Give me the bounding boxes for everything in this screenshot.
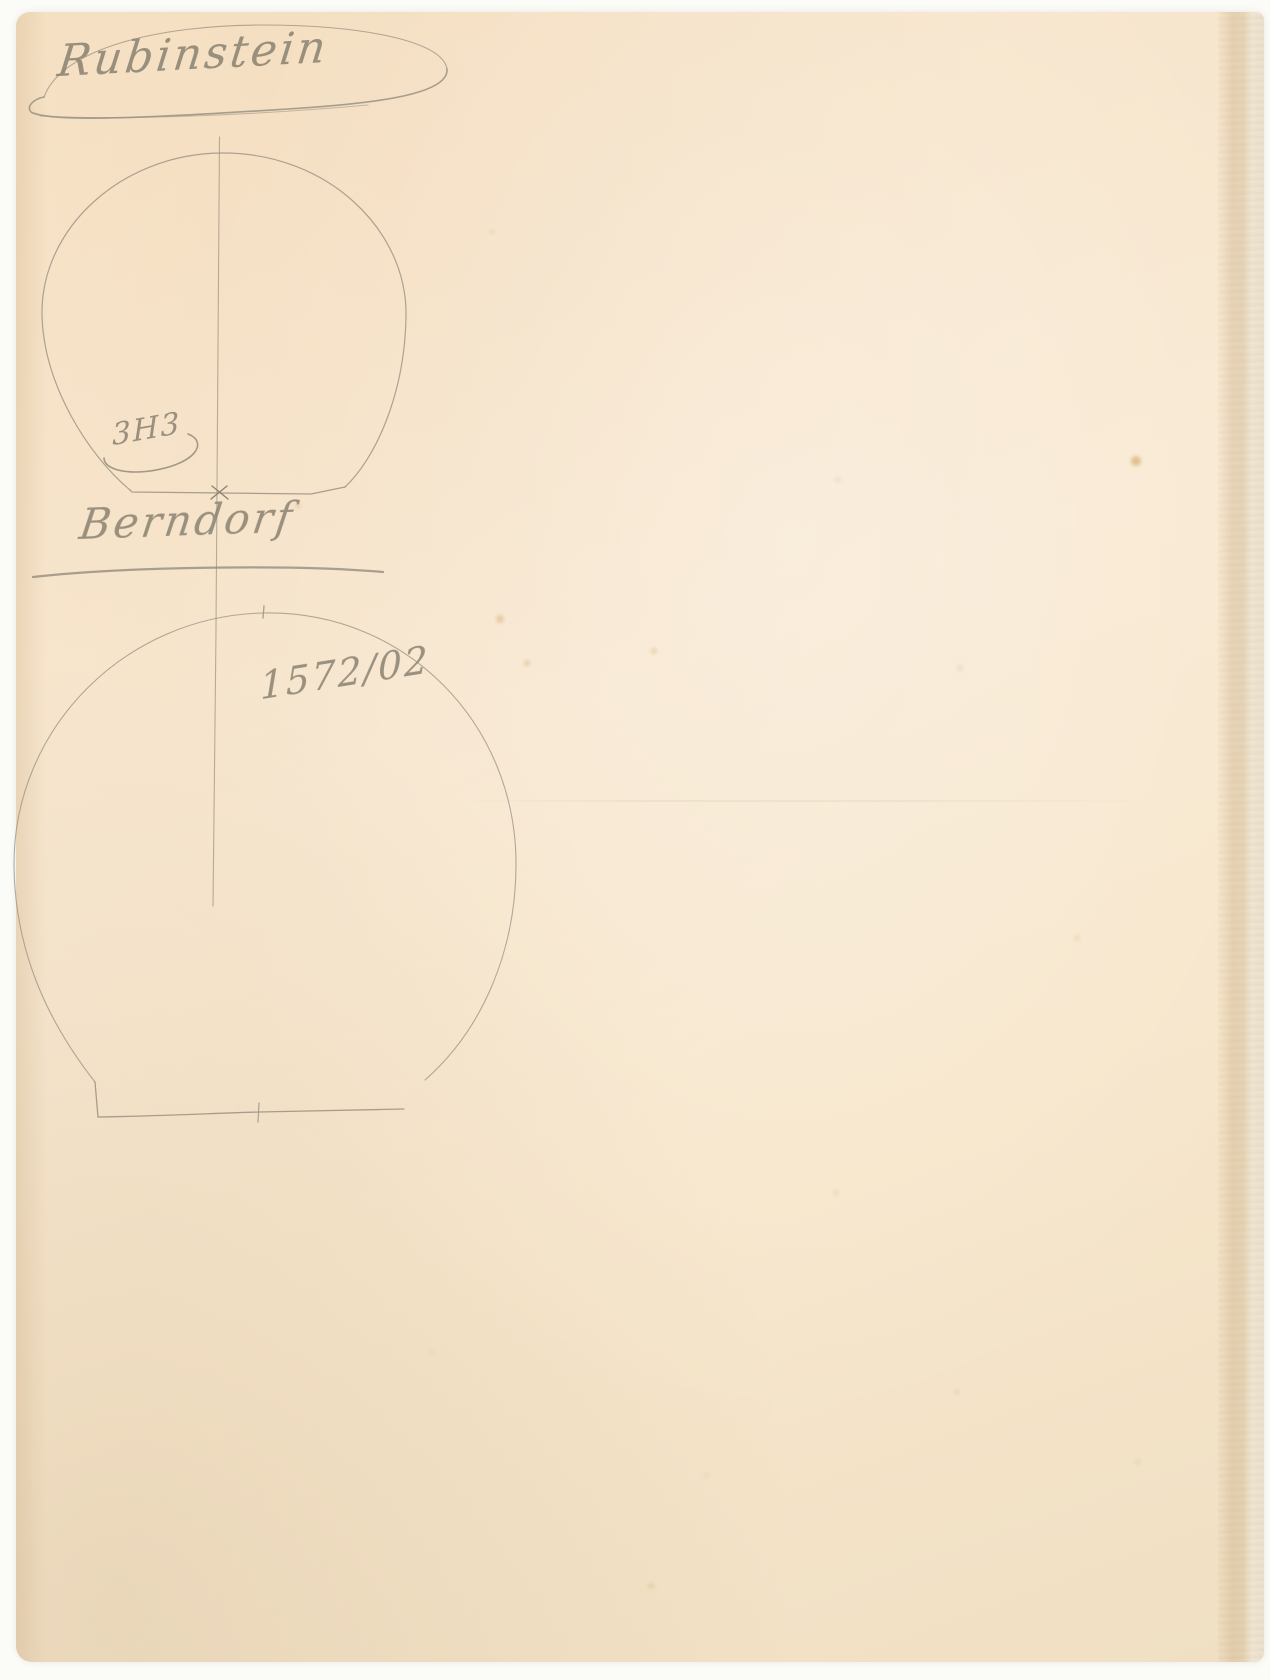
scanned-document: Rubinstein 3H3 Berndorf 1572/02 [0, 0, 1270, 1680]
paper-deckle-edge [1218, 12, 1264, 1662]
paper-crease [446, 800, 1170, 802]
paper-sheet [16, 12, 1264, 1662]
caption-handwriting: Berndorf [77, 492, 298, 549]
